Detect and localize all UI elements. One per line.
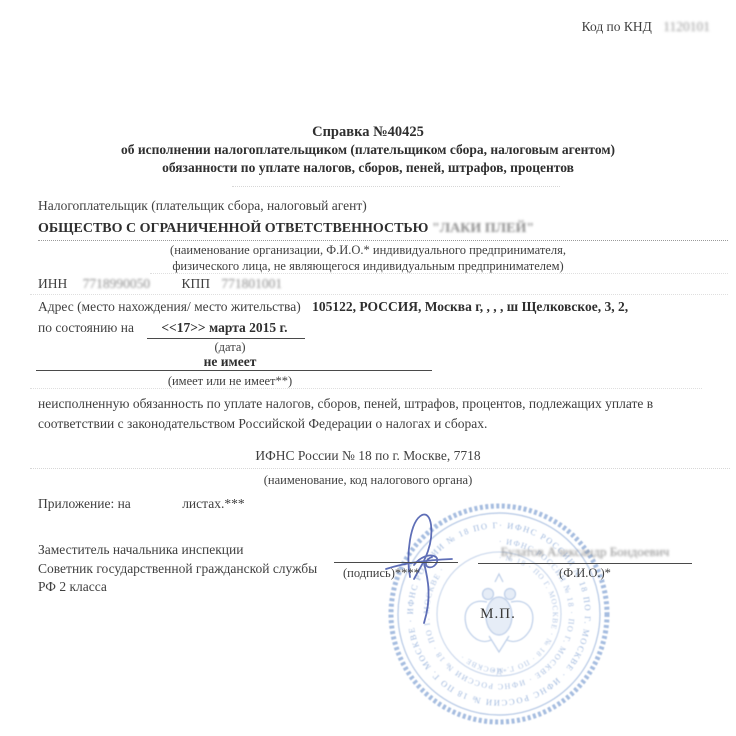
rule-authority: [30, 468, 730, 469]
as-of-row: по состоянию на <<17>> марта 2015 г.: [38, 320, 305, 339]
position-line-2: Советник государственной гражданской слу…: [38, 560, 317, 579]
signature-line: [334, 562, 458, 563]
signer-name: Булатов Александр Бондоевич: [501, 544, 670, 559]
authority-name: ИФНС России № 18 по г. Москве, 7718: [0, 448, 736, 464]
address-row: Адрес (место нахождения/ место жительств…: [38, 299, 628, 315]
attachment-row: Приложение: на листах.***: [38, 496, 245, 512]
inn-label: ИНН: [38, 276, 67, 291]
inn-value: 7718990050: [83, 276, 151, 291]
address-value: 105122, РОССИЯ, Москва г, , , , ш Щелков…: [312, 299, 628, 314]
kpp-label: КПП: [182, 276, 211, 291]
knd-code: Код по КНД 1120101: [582, 19, 710, 35]
name-caption: (Ф.И.О.)*: [478, 566, 692, 581]
rule-caption: [150, 273, 728, 274]
status-caption: (имеет или не имеет**): [140, 374, 320, 389]
knd-label: Код по КНД: [582, 19, 652, 34]
knd-value: 1120101: [663, 19, 710, 34]
authority-caption: (наименование, код налогового органа): [0, 473, 736, 488]
attachment-prefix: Приложение: на: [38, 496, 131, 511]
rule-status: [36, 370, 432, 371]
title-line-2: об исполнении налогоплательщиком (плател…: [0, 141, 736, 159]
rule-under-title: [232, 186, 560, 187]
position-line-3: РФ 2 класса: [38, 578, 317, 597]
signature-caption: (подпись)****: [343, 566, 420, 581]
name-caption-2: физического лица, не являющегося индивид…: [0, 259, 736, 274]
as-of-date: <<17>> марта 2015 г.: [147, 320, 305, 339]
title-line-3: обязанности по уплате налогов, сборов, п…: [0, 159, 736, 177]
address-label: Адрес (место нахождения/ место жительств…: [38, 299, 301, 314]
title-number: Справка №40425: [0, 123, 736, 141]
inn-kpp-row: ИНН 7718990050 КПП 771801001: [38, 276, 282, 292]
signer-position: Заместитель начальника инспекции Советни…: [38, 541, 317, 597]
signer-name-row: Булатов Александр Бондоевич: [478, 543, 692, 564]
attachment-suffix: листах.***: [182, 496, 244, 511]
taxpayer-name-row: ОБЩЕСТВО С ОГРАНИЧЕННОЙ ОТВЕТСТВЕННОСТЬЮ…: [38, 219, 728, 241]
taxpayer-label: Налогоплательщик (плательщик сбора, нало…: [38, 198, 367, 214]
date-caption: (дата): [140, 340, 320, 355]
document-title: Справка №40425 об исполнении налогоплате…: [0, 123, 736, 177]
name-caption-1: (наименование организации, Ф.И.О.* индив…: [0, 243, 736, 258]
rule-status-dotted: [30, 388, 702, 389]
as-of-label: по состоянию на: [38, 320, 134, 335]
obligation-body-text: неисполненную обязанность по уплате нало…: [38, 394, 704, 434]
position-line-1: Заместитель начальника инспекции: [38, 541, 317, 560]
rule-inn: [30, 294, 728, 295]
taxpayer-name: ОБЩЕСТВО С ОГРАНИЧЕННОЙ ОТВЕТСТВЕННОСТЬЮ: [38, 221, 432, 236]
taxpayer-name-redacted: "ЛАКИ ПЛЕЙ": [432, 221, 534, 236]
svg-text:* Д *: * Д *: [491, 668, 507, 676]
kpp-value: 771801001: [221, 276, 282, 291]
obligation-status-value: не имеет: [140, 354, 320, 370]
